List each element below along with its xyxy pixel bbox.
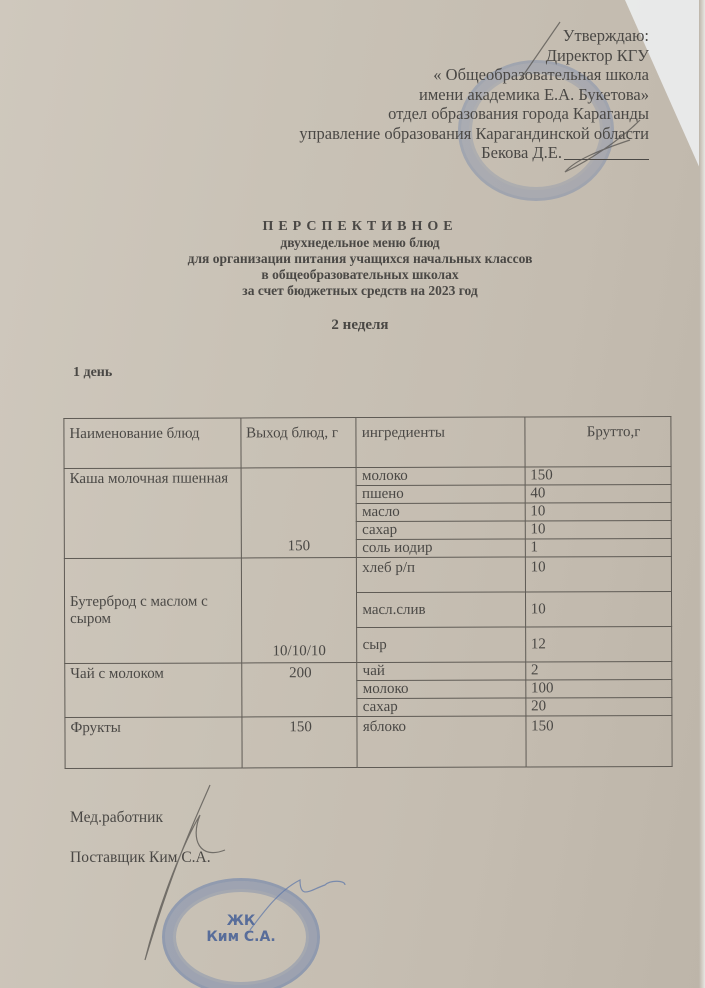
approval-line: « Общеобразовательная школа [299,65,649,85]
medic-signature-label: Мед.работник [70,808,211,828]
table-row: Бутерброд с маслом с сыром 10/10/10 хлеб… [64,556,671,593]
approval-line: Утверждаю: [299,26,649,46]
stamp-text-line: ЖК [165,913,317,929]
approval-block: Утверждаю: Директор КГУ « Общеобразовате… [299,26,649,163]
ingredient-name: сахар [357,521,525,540]
dish-name: Бутерброд с маслом с сыром [64,558,241,664]
approval-line: Директор КГУ [299,46,649,66]
ingredient-gross: 1 [525,538,671,557]
approval-signatory: Бекова Д.Е. [299,143,649,163]
header-yield: Выход блюд, г [241,418,357,468]
ingredient-gross: 20 [526,697,672,716]
ingredient-name: молоко [356,467,524,486]
ingredient-name: хлеб р/п [357,557,525,593]
dish-yield: 200 [241,663,357,717]
table-row: Каша молочная пшенная 150 молоко 150 [64,466,671,486]
title-subtitle-line: за счет бюджетных средств на 2023 год [150,283,570,299]
approval-line: отдел образования города Караганды [299,104,649,124]
ingredient-gross: 100 [525,679,671,698]
table-row: Чай с молоком 200 чай 2 [65,661,672,681]
ingredient-name: соль иодир [357,539,525,558]
ingredient-name: сыр [357,627,525,663]
header-dish-name: Наименование блюд [64,418,241,469]
title-subtitle-line: в общеобразовательных школах [150,267,570,283]
ingredient-name: пшено [357,485,525,504]
ingredient-gross: 150 [525,466,671,485]
ingredient-gross: 2 [525,661,671,680]
dish-name: Фрукты [65,717,242,769]
ingredient-name: молоко [357,680,525,699]
title-subtitle-line: двухнедельное меню блюд [150,235,570,251]
dish-name: Чай с молоком [65,663,242,718]
table-row: Фрукты 150 яблоко 150 [65,715,672,768]
ingredient-gross: 10 [525,556,671,592]
week-label: 2 неделя [150,317,570,334]
ingredient-name: яблоко [357,716,525,768]
dish-yield: 10/10/10 [241,558,357,663]
ingredient-gross: 150 [526,715,673,767]
table-header-row: Наименование блюд Выход блюд, г ингредие… [64,416,671,468]
footer-signatures: Мед.работник Поставщик Ким С.А. [70,808,211,888]
approval-line: имени академика Е.А. Букетова» [299,85,649,105]
approval-line: управление образования Карагандинской об… [299,124,649,144]
supplier-signature-label: Поставщик Ким С.А. [70,848,211,868]
ingredient-name: масл.слив [357,592,525,628]
day-label: 1 день [73,365,112,381]
ingredient-gross: 10 [525,502,671,521]
ingredient-gross: 12 [525,626,671,662]
ingredient-gross: 10 [525,520,671,539]
page-edge [699,0,705,988]
title-subtitle-line: для организации питания учащихся начальн… [150,251,570,267]
header-ingredients: ингредиенты [356,417,524,468]
title-main: ПЕРСПЕКТИВНОЕ [150,218,570,235]
dish-yield: 150 [242,717,358,768]
ingredient-name: чай [357,662,525,681]
signature-line [564,159,649,160]
dish-yield: 150 [241,468,357,558]
header-gross: Брутто,г [525,416,672,467]
ingredient-gross: 10 [525,591,671,627]
dish-name: Каша молочная пшенная [64,468,241,559]
ingredient-gross: 40 [525,484,671,503]
stamp-text-line: Ким С.А. [165,929,317,945]
ingredient-name: сахар [357,698,525,717]
document-title: ПЕРСПЕКТИВНОЕ двухнедельное меню блюд дл… [150,218,570,334]
supplier-stamp: ЖК Ким С.А. [162,878,320,988]
menu-table: Наименование блюд Выход блюд, г ингредие… [63,416,672,769]
ingredient-name: масло [357,503,525,522]
